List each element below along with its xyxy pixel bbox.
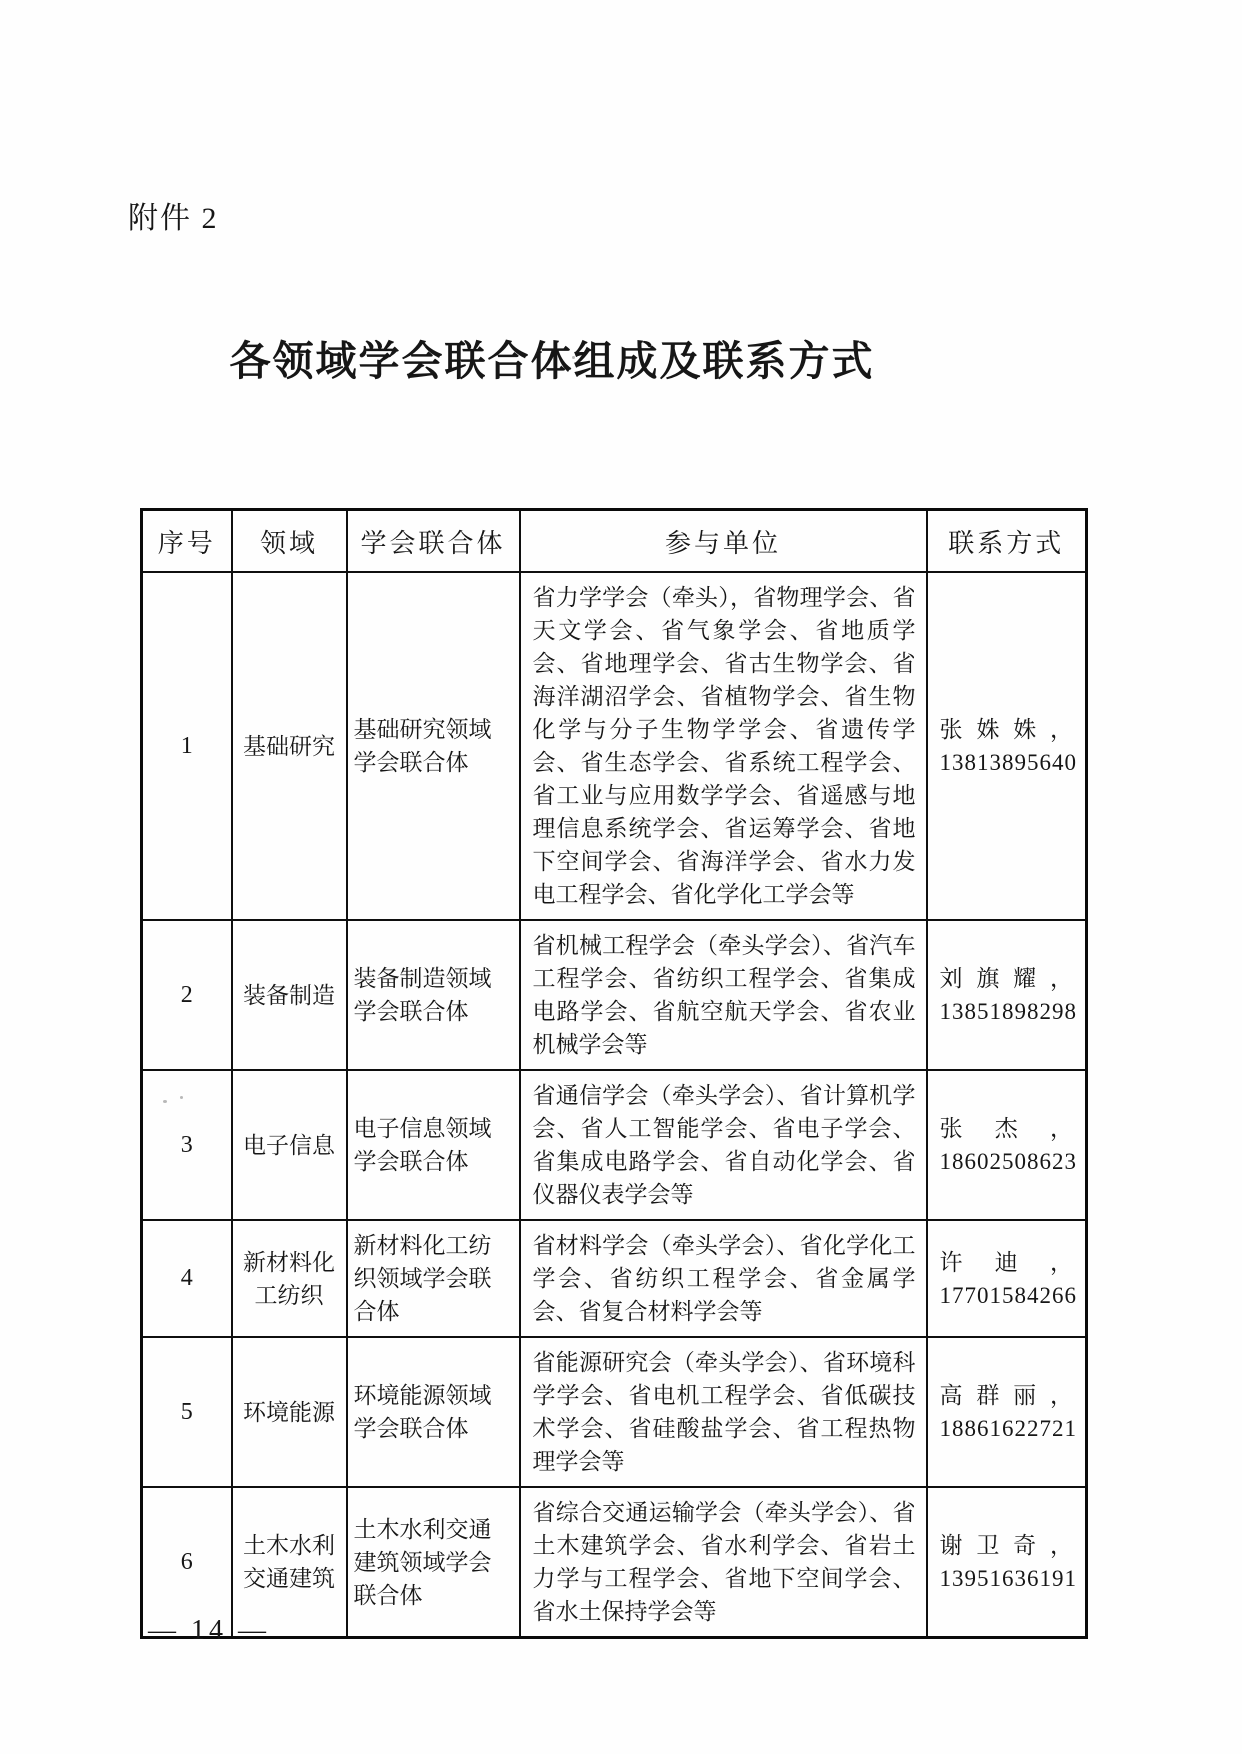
row-participants: 省通信学会（牵头学会）、省计算机学会、省人工智能学会、省电子学会、省集成电路学会… [520,1070,927,1220]
header-index: 序号 [142,510,232,573]
contact-phone: 18861622721 [940,1412,1074,1445]
row-index: 3 [142,1070,232,1220]
row-field: 环境能源 [232,1337,347,1487]
table-row: 1 基础研究 基础研究领域学会联合体 省力学学会（牵头），省物理学会、省天文学会… [142,572,1087,920]
row-contact: 谢卫奇， 13951636191 [927,1487,1087,1638]
header-participants: 参与单位 [520,510,927,573]
row-participants: 省材料学会（牵头学会）、省化学化工学会、省纺织工程学会、省金属学会、省复合材料学… [520,1220,927,1337]
row-alliance: 装备制造领域学会联合体 [347,920,520,1070]
contact-phone: 13813895640 [940,746,1074,779]
contact-name: 许迪， [940,1246,1074,1279]
contact-phone: 17701584266 [940,1279,1074,1312]
contact-name: 张杰， [940,1112,1074,1145]
contact-name: 高群丽， [940,1379,1074,1412]
row-contact: 刘旗耀， 13851898298 [927,920,1087,1070]
scan-speckle [180,1096,183,1099]
row-index: 2 [142,920,232,1070]
row-field: 新材料化工纺织 [232,1220,347,1337]
row-alliance: 环境能源领域学会联合体 [347,1337,520,1487]
row-contact: 张杰， 18602508623 [927,1070,1087,1220]
contact-phone: 18602508623 [940,1145,1074,1178]
header-field: 领域 [232,510,347,573]
table-row: 6 土木水利交通建筑 土木水利交通建筑领域学会联合体 省综合交通运输学会（牵头学… [142,1487,1087,1638]
scan-speckle [572,356,575,359]
contact-phone: 13951636191 [940,1562,1074,1595]
contact-name: 谢卫奇， [940,1529,1074,1562]
attachment-label: 附件 2 [128,193,219,237]
table-row: 3 电子信息 电子信息领域学会联合体 省通信学会（牵头学会）、省计算机学会、省人… [142,1070,1087,1220]
row-contact: 高群丽， 18861622721 [927,1337,1087,1487]
row-alliance: 土木水利交通建筑领域学会联合体 [347,1487,520,1638]
table-row: 4 新材料化工纺织 新材料化工纺织领域学会联合体 省材料学会（牵头学会）、省化学… [142,1220,1087,1337]
contact-name: 刘旗耀， [940,962,1074,995]
table-header-row: 序号 领域 学会联合体 参与单位 联系方式 [142,510,1087,573]
row-participants: 省综合交通运输学会（牵头学会）、省土木建筑学会、省水利学会、省岩土力学与工程学会… [520,1487,927,1638]
table-row: 5 环境能源 环境能源领域学会联合体 省能源研究会（牵头学会）、省环境科学学会、… [142,1337,1087,1487]
row-participants: 省能源研究会（牵头学会）、省环境科学学会、省电机工程学会、省低碳技术学会、省硅酸… [520,1337,927,1487]
row-field: 装备制造 [232,920,347,1070]
row-field: 电子信息 [232,1070,347,1220]
header-alliance: 学会联合体 [347,510,520,573]
alliance-table: 序号 领域 学会联合体 参与单位 联系方式 1 基础研究 基础研究领域学会联合体… [140,508,1088,1639]
table-row: 2 装备制造 装备制造领域学会联合体 省机械工程学会（牵头学会）、省汽车工程学会… [142,920,1087,1070]
row-index: 4 [142,1220,232,1337]
scan-speckle [163,1100,167,1103]
document-page: 附件 2 各领域学会联合体组成及联系方式 序号 领域 学会联合体 参与单位 联系… [0,0,1242,1754]
row-alliance: 电子信息领域学会联合体 [347,1070,520,1220]
row-index: 1 [142,572,232,920]
row-participants: 省力学学会（牵头），省物理学会、省天文学会、省气象学会、省地质学会、省地理学会、… [520,572,927,920]
contact-name: 张姝姝， [940,713,1074,746]
row-field: 基础研究 [232,572,347,920]
row-participants: 省机械工程学会（牵头学会）、省汽车工程学会、省纺织工程学会、省集成电路学会、省航… [520,920,927,1070]
row-contact: 张姝姝， 13813895640 [927,572,1087,920]
row-alliance: 新材料化工纺织领域学会联合体 [347,1220,520,1337]
contact-phone: 13851898298 [940,995,1074,1028]
page-number: — 14 — [148,1615,270,1647]
row-contact: 许迪， 17701584266 [927,1220,1087,1337]
header-contact: 联系方式 [927,510,1087,573]
row-alliance: 基础研究领域学会联合体 [347,572,520,920]
row-index: 5 [142,1337,232,1487]
page-title: 各领域学会联合体组成及联系方式 [0,328,1104,387]
